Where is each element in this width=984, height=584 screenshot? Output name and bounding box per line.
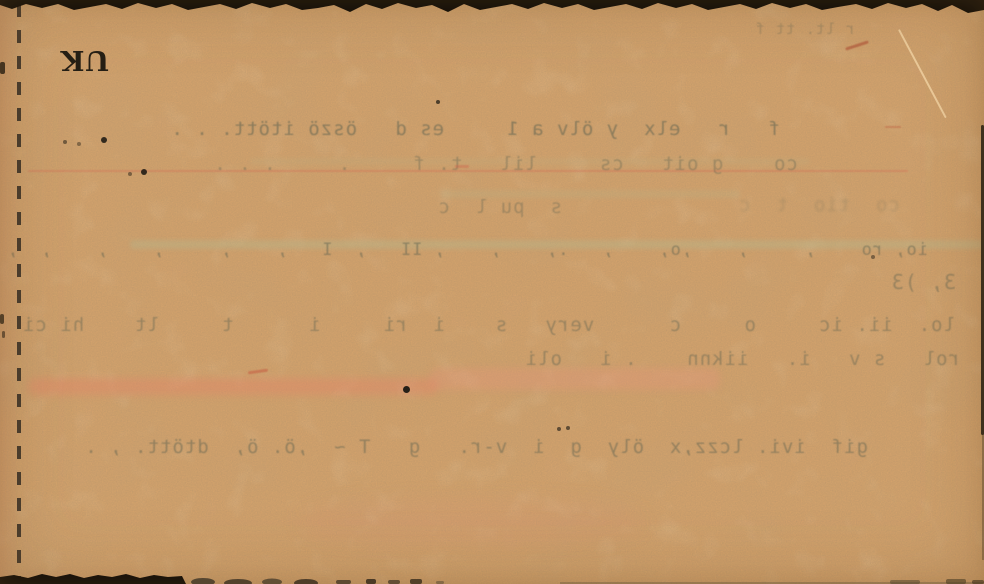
ink-dot (557, 427, 561, 431)
ink-dot (436, 100, 440, 104)
red-pencil-mark (455, 165, 469, 168)
ghost-text-line: 3, )3 (876, 272, 956, 292)
uk-stamp: UK (60, 44, 109, 75)
torn-edge-bottom (0, 570, 984, 584)
pink-underline-band (28, 378, 438, 395)
red-pencil-mark (845, 40, 869, 50)
scanned-card: UK r lt. tt f f r elx y ölv a 1 es d ösz… (0, 0, 984, 584)
ghost-text-line: f r elx y ölv a 1 es d öszö itött. . . (150, 120, 780, 139)
red-pencil-mark (248, 369, 268, 375)
ghost-text-line: co tio t c (520, 196, 900, 215)
ghost-text-line: s pu l c (330, 198, 562, 217)
ghost-text-line: rol s v i. iiknn . i oli (455, 350, 960, 369)
edge-tick (2, 331, 5, 338)
ink-dot (101, 137, 107, 143)
ghost-text-line: gif ivi. lczz,x öly g i v-r. g T ~ ,ö. ö… (88, 438, 868, 457)
pink-smear (300, 498, 640, 546)
ink-dot (141, 169, 147, 175)
ink-dot (63, 140, 67, 144)
ghost-text-line: lo. ii. ic o c very s i ri i t lt hi ci (25, 316, 955, 335)
vignette (0, 0, 984, 584)
perforation-line (17, 4, 21, 584)
edge-tick (0, 314, 4, 324)
sage-streak (440, 190, 740, 198)
edge-tick (0, 62, 5, 74)
ink-dot (566, 426, 570, 430)
stub-strip (0, 0, 16, 584)
scratch-mark (898, 29, 947, 118)
ink-dot (128, 172, 132, 176)
ghost-text-line: r lt. tt f (665, 22, 855, 37)
red-rule (28, 170, 908, 172)
torn-edge-top (0, 0, 984, 16)
sage-streak (130, 240, 984, 249)
ink-dot (77, 142, 81, 146)
pink-underline-band (430, 368, 720, 390)
ink-dot (871, 255, 875, 259)
sage-streak (250, 158, 810, 165)
red-pencil-mark (885, 126, 901, 128)
ink-dot (403, 386, 410, 393)
paper-texture (0, 0, 984, 584)
